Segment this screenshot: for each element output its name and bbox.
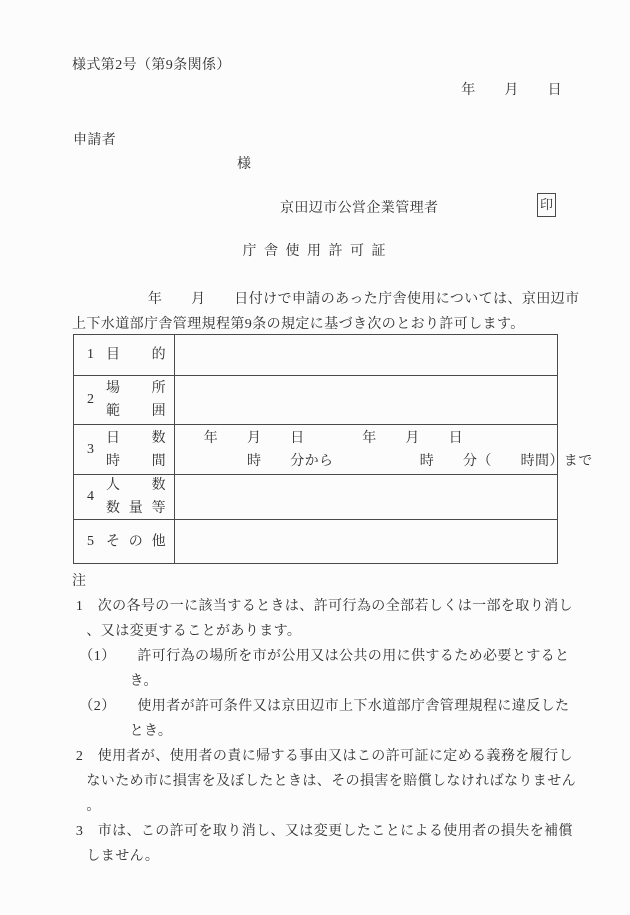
time-range-line: 時 分から 時 分（ 時間）まで <box>175 450 593 473</box>
label-char: そ <box>106 530 120 553</box>
label-char: 数 <box>152 427 166 450</box>
row-label-place-scope: 2 場 所 範 囲 <box>74 376 175 424</box>
label-char: 日 <box>106 427 120 450</box>
seal-character: 印 <box>540 197 553 212</box>
row-number: 2 <box>87 392 94 408</box>
row-number: 1 <box>87 347 94 363</box>
table-row-days-hours: 3 日 数 時 間 年 月 日 年 月 日 時 分から 時 分（ 時間）まで <box>74 424 557 474</box>
note-line: 。 <box>72 794 576 819</box>
note-line: 2 使用者が、使用者の責に帰する事由又はこの許可証に定める義務を履行し <box>72 744 576 769</box>
other-field <box>175 520 557 563</box>
row-number: 3 <box>87 442 94 458</box>
label-char: 時 <box>106 450 120 473</box>
note-line: 3 市は、この許可を取り消し、又は変更したことによる使用者の損失を補償 <box>72 819 576 844</box>
body-paragraph: 年 月 日付けで申請のあった庁舎使用については、京田辺市 上下水道部庁舎管理規程… <box>72 287 579 337</box>
label-char: の <box>129 530 143 553</box>
table-row-other: 5 そ の 他 <box>74 519 557 563</box>
label-char: 人 <box>106 474 120 497</box>
label-char: 囲 <box>152 400 166 423</box>
label-char: 等 <box>152 497 166 520</box>
row-number: 5 <box>87 534 94 550</box>
purpose-field <box>175 335 557 375</box>
label-char: 場 <box>106 377 120 400</box>
body-line-1: 年 月 日付けで申請のあった庁舎使用については、京田辺市 <box>72 287 579 312</box>
date-range-line: 年 月 日 年 月 日 <box>175 427 593 450</box>
note-line: 、又は変更することがあります。 <box>72 619 576 644</box>
days-hours-field: 年 月 日 年 月 日 時 分から 時 分（ 時間）まで <box>175 425 593 474</box>
label-char: 範 <box>106 400 120 423</box>
label-char: 的 <box>152 344 166 367</box>
label-char: 数 <box>152 474 166 497</box>
applicant-label: 申請者 <box>73 129 116 149</box>
label-char: 量 <box>129 497 143 520</box>
label-char: 間 <box>152 450 166 473</box>
issuer-name: 京田辺市公営企業管理者 <box>280 197 438 217</box>
label-char: 数 <box>106 497 120 520</box>
form-number: 様式第2号（第9条関係） <box>72 54 231 74</box>
row-label-people-quantity: 4 人 数 数 量 等 <box>74 475 175 519</box>
issue-date-line: 年 月 日 <box>0 79 562 99</box>
label-char: 他 <box>152 530 166 553</box>
note-line: （2） 使用者が許可条件又は京田辺市上下水道部庁舎管理規程に違反した <box>72 694 576 719</box>
seal-placeholder-box: 印 <box>537 193 556 217</box>
table-row-place-scope: 2 場 所 範 囲 <box>74 375 557 424</box>
table-row-purpose: 1 目 的 <box>74 335 557 375</box>
row-label-purpose: 1 目 的 <box>74 335 175 375</box>
note-line: しません。 <box>72 844 576 869</box>
people-quantity-field <box>175 475 557 519</box>
label-char: 所 <box>152 377 166 400</box>
label-char: 目 <box>106 344 120 367</box>
notes-section: 注 1 次の各号の一に該当するときは、許可行為の全部若しくは一部を取り消し 、又… <box>72 569 576 869</box>
table-row-people-quantity: 4 人 数 数 量 等 <box>74 474 557 519</box>
row-label-other: 5 そ の 他 <box>74 520 175 563</box>
notes-heading: 注 <box>72 569 576 594</box>
row-number: 4 <box>87 489 94 505</box>
permit-details-table: 1 目 的 2 場 所 範 <box>73 334 558 564</box>
note-line: き。 <box>72 669 576 694</box>
document-title: 庁 舎 使 用 許 可 証 <box>0 240 630 260</box>
note-line: ないため市に損害を及ぼしたときは、その損害を賠償しなければなりません <box>72 769 576 794</box>
note-line: （1） 許可行為の場所を市が公用又は公共の用に供するため必要とすると <box>72 644 576 669</box>
note-line: 1 次の各号の一に該当するときは、許可行為の全部若しくは一部を取り消し <box>72 594 576 619</box>
place-scope-field <box>175 376 557 424</box>
note-line: とき。 <box>72 719 576 744</box>
permit-document-page: 様式第2号（第9条関係） 年 月 日 申請者 様 京田辺市公営企業管理者 印 庁… <box>0 0 630 915</box>
applicant-honorific: 様 <box>237 153 251 173</box>
row-label-days-hours: 3 日 数 時 間 <box>74 425 175 474</box>
